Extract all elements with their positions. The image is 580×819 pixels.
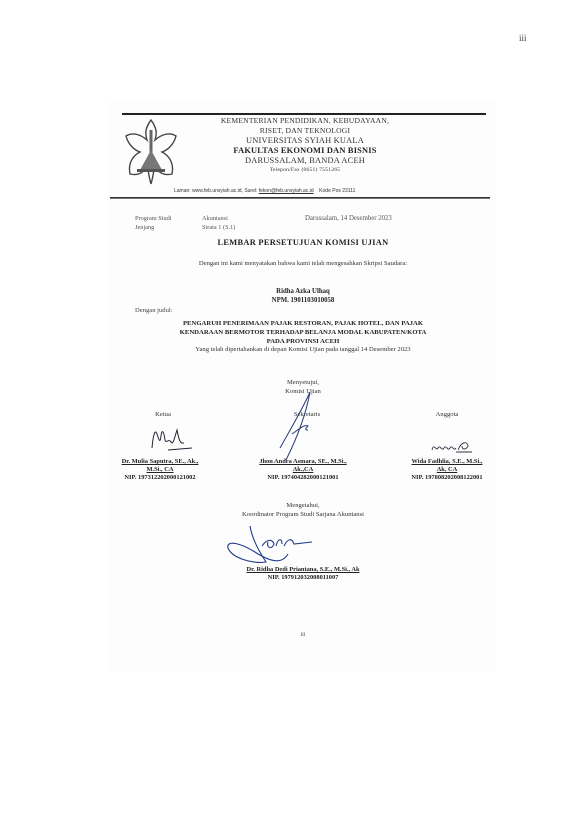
signer-chair-name: Dr. Mulia Saputra, SE., Ak., (104, 458, 216, 466)
student-info: Ridha Azka Ulhaq NPM. 1901103010058 (110, 287, 496, 305)
letterhead-contact: Laman: www.feb.unsyiah.ac.id, Surel: fek… (174, 188, 494, 194)
letterhead-top-rule (122, 113, 486, 115)
signer-chair-nip: NIP. 197312202000121002 (104, 474, 216, 482)
letterhead-postal: Kode Pos 23111 (319, 188, 355, 194)
letterhead-ministry-2: RISET, DAN TEKNOLOGI (185, 126, 425, 136)
approval-line: Menyetujui, (110, 378, 496, 387)
thesis-title-label: Dengan judul: (135, 307, 173, 314)
document-title: LEMBAR PERSETUJUAN KOMISI UJIAN (110, 238, 496, 247)
signature-coordinator-icon (222, 524, 322, 570)
page-number-top: iii (519, 33, 527, 43)
thesis-title-line: KENDARAAN BERMOTOR TERHADAP BELANJA MODA… (110, 328, 496, 337)
coordinator-signer: Dr. Ridha Dedi Priantana, S.E., M.Si., A… (110, 566, 496, 582)
acknowledgement-heading: Mengetahui, Koordinator Program Studi Sa… (110, 501, 496, 519)
place-date: Darussalam, 14 Desember 2023 (305, 214, 392, 223)
acknowledge-line: Koordinator Program Studi Sarjana Akunta… (110, 510, 496, 519)
signer-secretary-title: Ak.,CA (238, 466, 368, 474)
role-chair: Ketua (126, 411, 200, 418)
student-npm: NPM. 1901103010058 (110, 296, 496, 305)
letterhead-text: KEMENTERIAN PENDIDIKAN, KEBUDAYAAN, RISE… (185, 116, 425, 174)
signer-secretary: Jhon Andra Asmara, SE., M.Si., Ak.,CA NI… (238, 458, 368, 482)
signature-secretary-icon (268, 390, 338, 462)
level-label: Jenjang (135, 223, 172, 232)
signer-member: Wida Fadhlia, S.E., M.Si., Ak, CA NIP. 1… (386, 458, 508, 482)
scanned-approval-page: KEMENTERIAN PENDIDIKAN, KEBUDAYAAN, RISE… (110, 100, 496, 672)
student-name: Ridha Azka Ulhaq (110, 287, 496, 296)
signer-secretary-nip: NIP. 197404282000121001 (238, 474, 368, 482)
signature-chair-icon (148, 422, 198, 452)
letterhead-bottom-rule (110, 197, 490, 199)
level-value: Strata 1 (S.1) (202, 223, 235, 232)
thesis-title-line: PENGARUH PENERIMAAN PAJAK RESTORAN, PAJA… (110, 319, 496, 328)
thesis-title-line: PADA PROVINSI ACEH (110, 337, 496, 346)
coordinator-name: Dr. Ridha Dedi Priantana, S.E., M.Si., A… (110, 566, 496, 574)
intro-statement: Dengan ini kami menyatakan bahwa kami te… (110, 260, 496, 267)
letterhead-phone: Telepon/Fax (0651) 7551265 (185, 166, 425, 174)
coordinator-nip: NIP. 197912032008011007 (110, 574, 496, 582)
signer-member-name: Wida Fadhlia, S.E., M.Si., (386, 458, 508, 466)
program-value: Akuntansi (202, 214, 235, 223)
letterhead-email: fekon@feb.unsyiah.ac.id (259, 188, 314, 194)
letterhead-faculty: FAKULTAS EKONOMI DAN BISNIS (185, 146, 425, 156)
university-logo-icon (122, 116, 180, 186)
letterhead-city: DARUSSALAM, BANDA ACEH (185, 156, 425, 166)
signature-member-icon (428, 438, 476, 456)
signer-secretary-name: Jhon Andra Asmara, SE., M.Si., (238, 458, 368, 466)
defense-statement: Yang telah dipertahankan di depan Komisi… (110, 346, 496, 353)
acknowledge-line: Mengetahui, (110, 501, 496, 510)
signer-member-title: Ak, CA (386, 466, 508, 474)
signer-chair-title: M.Si., CA (104, 466, 216, 474)
thesis-title: PENGARUH PENERIMAAN PAJAK RESTORAN, PAJA… (110, 319, 496, 346)
meta-labels: Program Studi Jenjang (135, 214, 172, 232)
role-member: Anggota (410, 411, 484, 418)
program-label: Program Studi (135, 214, 172, 223)
letterhead-university: UNIVERSITAS SYIAH KUALA (185, 136, 425, 146)
signer-member-nip: NIP. 197808202008122001 (386, 474, 508, 482)
meta-values: Akuntansi Strata 1 (S.1) (202, 214, 235, 232)
signer-chair: Dr. Mulia Saputra, SE., Ak., M.Si., CA N… (104, 458, 216, 482)
letterhead-website: Laman: www.feb.unsyiah.ac.id, Surel: (174, 188, 259, 194)
letterhead-ministry: KEMENTERIAN PENDIDIKAN, KEBUDAYAAN, (185, 116, 425, 126)
inner-page-number: iii (110, 632, 496, 638)
